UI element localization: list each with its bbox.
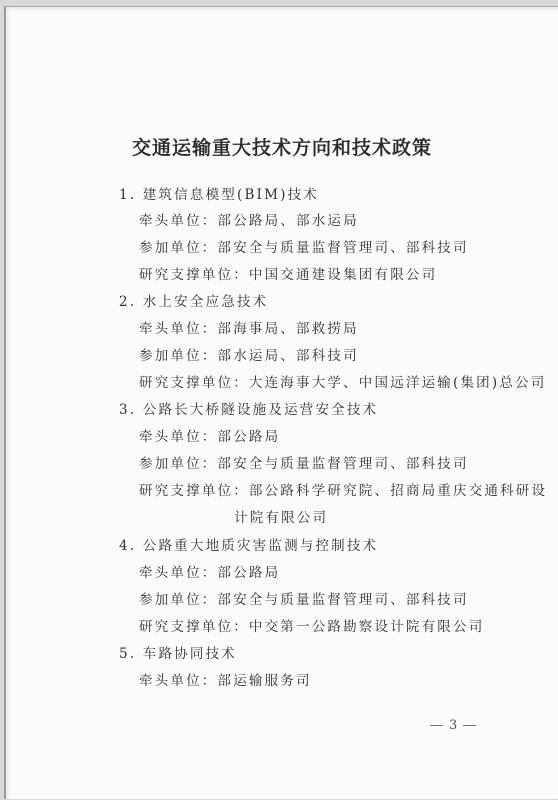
section-4-support: 研究支撑单位：中交第一公路勘察设计院有限公司 <box>139 615 484 635</box>
section-3-lead: 牵头单位：部公路局 <box>139 425 280 445</box>
section-2-participating: 参加单位：部水运局、部科技司 <box>139 344 359 364</box>
section-5-heading: 5. 车路协同技术 <box>119 642 237 662</box>
page-number-value: 3 <box>449 718 457 733</box>
section-1-lead: 牵头单位：部公路局、部水运局 <box>139 209 359 229</box>
document-title: 交通运输重大技术方向和技术政策 <box>6 133 558 160</box>
dash-right <box>463 725 476 726</box>
section-2-heading: 2. 水上安全应急技术 <box>119 290 268 310</box>
section-4-lead: 牵头单位：部公路局 <box>139 561 280 581</box>
section-2-lead: 牵头单位：部海事局、部救捞局 <box>139 317 359 337</box>
section-1-support: 研究支撑单位：中国交通建设集团有限公司 <box>139 263 437 283</box>
section-3-support: 研究支撑单位：部公路科学研究院、招商局重庆交通科研设 <box>139 479 547 499</box>
section-2-support: 研究支撑单位：大连海事大学、中国远洋运输(集团)总公司 <box>139 371 546 391</box>
dash-left <box>430 725 443 726</box>
section-5-lead: 牵头单位：部运输服务司 <box>139 669 312 689</box>
section-1-participating: 参加单位：部安全与质量监督管理司、部科技司 <box>139 236 469 256</box>
section-3-participating: 参加单位：部安全与质量监督管理司、部科技司 <box>139 452 469 472</box>
document-page: 交通运输重大技术方向和技术政策 1. 建筑信息模型(BIM)技术 牵头单位：部公… <box>4 6 558 799</box>
section-4-participating: 参加单位：部安全与质量监督管理司、部科技司 <box>139 588 469 608</box>
section-1-heading: 1. 建筑信息模型(BIM)技术 <box>119 183 319 203</box>
section-3-heading: 3. 公路长大桥隧设施及运营安全技术 <box>119 398 378 418</box>
page-number: 3 <box>424 718 482 733</box>
section-4-heading: 4. 公路重大地质灾害监测与控制技术 <box>119 534 378 554</box>
section-3-support-continued: 计院有限公司 <box>234 506 328 526</box>
